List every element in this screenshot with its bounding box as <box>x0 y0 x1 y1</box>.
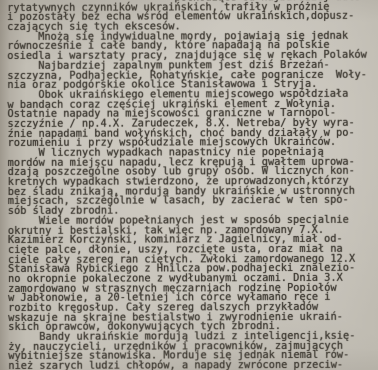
document-text-block: pochodzące od najbardziej auto-rytatywny… <box>7 0 378 370</box>
scanned-document-page: pochodzące od najbardziej auto-rytatywny… <box>0 0 378 370</box>
document-line: nież szarych ludzi chłopów, a napady zwr… <box>8 361 378 370</box>
